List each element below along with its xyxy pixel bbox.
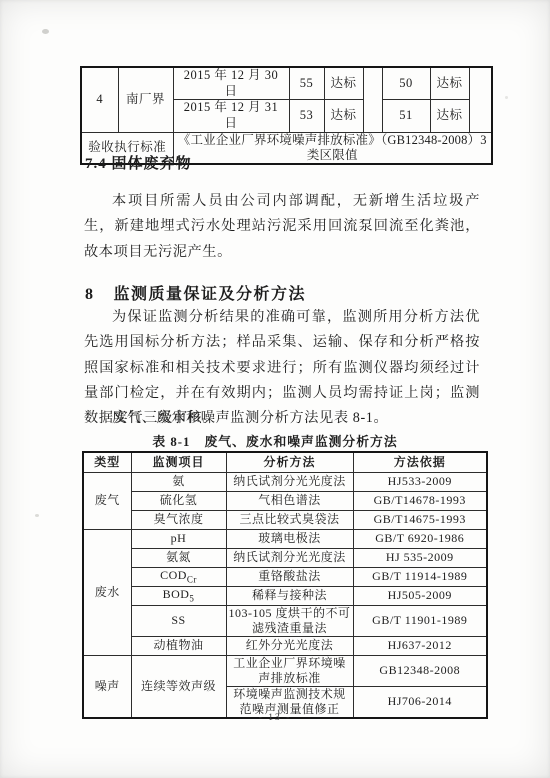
- method-cell: 玻璃电极法: [226, 529, 353, 548]
- caption-label: 表 8-1: [152, 435, 190, 449]
- item-main: BOD: [163, 587, 190, 601]
- section-8-title: 监测质量保证及分析方法: [114, 286, 307, 303]
- method-cell: 红外分光光度法: [226, 636, 353, 655]
- section-7-4-heading: 7.4 固体废弃物: [85, 152, 192, 173]
- type-header-cell: 类型: [83, 452, 131, 472]
- item-subscript: 5: [189, 593, 194, 603]
- table-row: 废水 pH 玻璃电极法 GB/T 6920-1986: [83, 529, 487, 548]
- method-header-cell: 分析方法: [226, 452, 353, 472]
- table-row: BOD5 稀释与接种法 HJ505-2009: [83, 586, 487, 605]
- section-8-number: 8: [85, 286, 95, 303]
- item-main: COD: [160, 568, 187, 582]
- site-cell: 南厂界: [118, 67, 173, 132]
- basis-cell: HJ505-2009: [353, 586, 487, 605]
- night-status-cell: 达标: [430, 67, 469, 100]
- basis-cell: GB/T 11901-1989: [353, 605, 487, 636]
- item-header-cell: 监测项目: [131, 452, 226, 472]
- night-status-cell: 达标: [430, 100, 469, 132]
- basis-cell: HJ 535-2009: [353, 548, 487, 567]
- item-cell: pH: [131, 529, 226, 548]
- item-cell: 硫化氢: [131, 491, 226, 510]
- table-row: SS 103-105 度烘干的不可滤残渣重量法 GB/T 11901-1989: [83, 605, 487, 636]
- table-row: CODCr 重铬酸盐法 GB/T 11914-1989: [83, 567, 487, 586]
- header-row: 类型 监测项目 分析方法 方法依据: [83, 452, 487, 472]
- scan-speck: [35, 514, 39, 517]
- table-row: 废气 氨 纳氏试剂分光光度法 HJ533-2009: [83, 472, 487, 491]
- type-cell-waste-gas: 废气: [83, 472, 131, 529]
- scanned-report-page: 4 南厂界 2015 年 12 月 30 日 55 达标 50 达标 2015 …: [0, 0, 550, 778]
- method-cell: 重铬酸盐法: [226, 567, 353, 586]
- day-value-cell: 53: [289, 100, 324, 132]
- basis-cell: GB/T14675-1993: [353, 510, 487, 529]
- method-cell: 稀释与接种法: [226, 586, 353, 605]
- item-subscript: Cr: [187, 574, 197, 584]
- basis-cell: GB/T14678-1993: [353, 491, 487, 510]
- type-cell-noise: 噪声: [83, 655, 131, 718]
- item-cell: 氨氮: [131, 548, 226, 567]
- table-reference-paragraph: 废气、废水和噪声监测分析方法见表 8-1。: [84, 406, 480, 431]
- item-cell: 动植物油: [131, 636, 226, 655]
- item-cell: 连续等效声级: [131, 655, 226, 718]
- page-number: - 13 -: [0, 713, 550, 723]
- empty-cell: [363, 67, 382, 132]
- table-row: 氨氮 纳氏试剂分光光度法 HJ 535-2009: [83, 548, 487, 567]
- standard-value-cell: 《工业企业厂界环境噪声排放标准》（GB12348-2008）3 类区限值: [173, 132, 492, 164]
- table-row: 硫化氢 气相色谱法 GB/T14678-1993: [83, 491, 487, 510]
- table-row: 4 南厂界 2015 年 12 月 30 日 55 达标 50 达标: [81, 67, 492, 100]
- method-cell: 三点比较式臭袋法: [226, 510, 353, 529]
- scan-speck: [505, 96, 508, 99]
- item-cell: 氨: [131, 472, 226, 491]
- item-cell: 臭气浓度: [131, 510, 226, 529]
- section-8-heading: 8监测质量保证及分析方法: [85, 281, 306, 304]
- item-cell: BOD5: [131, 586, 226, 605]
- method-cell: 纳氏试剂分光光度法: [226, 472, 353, 491]
- day-status-cell: 达标: [324, 67, 363, 100]
- row-number-cell: 4: [81, 67, 118, 132]
- item-cell: SS: [131, 605, 226, 636]
- basis-cell: GB/T 11914-1989: [353, 567, 487, 586]
- basis-cell: GB/T 6920-1986: [353, 529, 487, 548]
- basis-header-cell: 方法依据: [353, 452, 487, 472]
- basis-cell: HJ637-2012: [353, 636, 487, 655]
- method-cell: 工业企业厂界环境噪声排放标准: [226, 655, 353, 686]
- methods-table: 类型 监测项目 分析方法 方法依据 废气 氨 纳氏试剂分光光度法 HJ533-2…: [82, 451, 488, 719]
- table-row: 臭气浓度 三点比较式臭袋法 GB/T14675-1993: [83, 510, 487, 529]
- date-cell: 2015 年 12 月 31 日: [173, 100, 289, 132]
- caption-title: 废气、废水和噪声监测分析方法: [204, 435, 397, 449]
- method-cell: 气相色谱法: [226, 491, 353, 510]
- method-cell: 103-105 度烘干的不可滤残渣重量法: [226, 605, 353, 636]
- method-cell: 纳氏试剂分光光度法: [226, 548, 353, 567]
- noise-result-table: 4 南厂界 2015 年 12 月 30 日 55 达标 50 达标 2015 …: [80, 66, 493, 165]
- empty-cell: [469, 67, 492, 132]
- basis-cell: GB12348-2008: [353, 655, 487, 686]
- methods-table-caption: 表 8-1废气、废水和噪声监测分析方法: [0, 431, 550, 450]
- night-value-cell: 50: [382, 67, 430, 100]
- scan-speck: [42, 29, 49, 34]
- night-value-cell: 51: [382, 100, 430, 132]
- date-cell: 2015 年 12 月 30 日: [173, 67, 289, 100]
- item-cell: CODCr: [131, 567, 226, 586]
- day-status-cell: 达标: [324, 100, 363, 132]
- type-cell-waste-water: 废水: [83, 529, 131, 655]
- basis-cell: HJ533-2009: [353, 472, 487, 491]
- table-row: 动植物油 红外分光光度法 HJ637-2012: [83, 636, 487, 655]
- day-value-cell: 55: [289, 67, 324, 100]
- table-row: 噪声 连续等效声级 工业企业厂界环境噪声排放标准 GB12348-2008: [83, 655, 487, 686]
- section-7-4-paragraph: 本项目所需人员由公司内部调配，无新增生活垃圾产生，新建地埋式污水处理站污泥采用回…: [84, 189, 480, 265]
